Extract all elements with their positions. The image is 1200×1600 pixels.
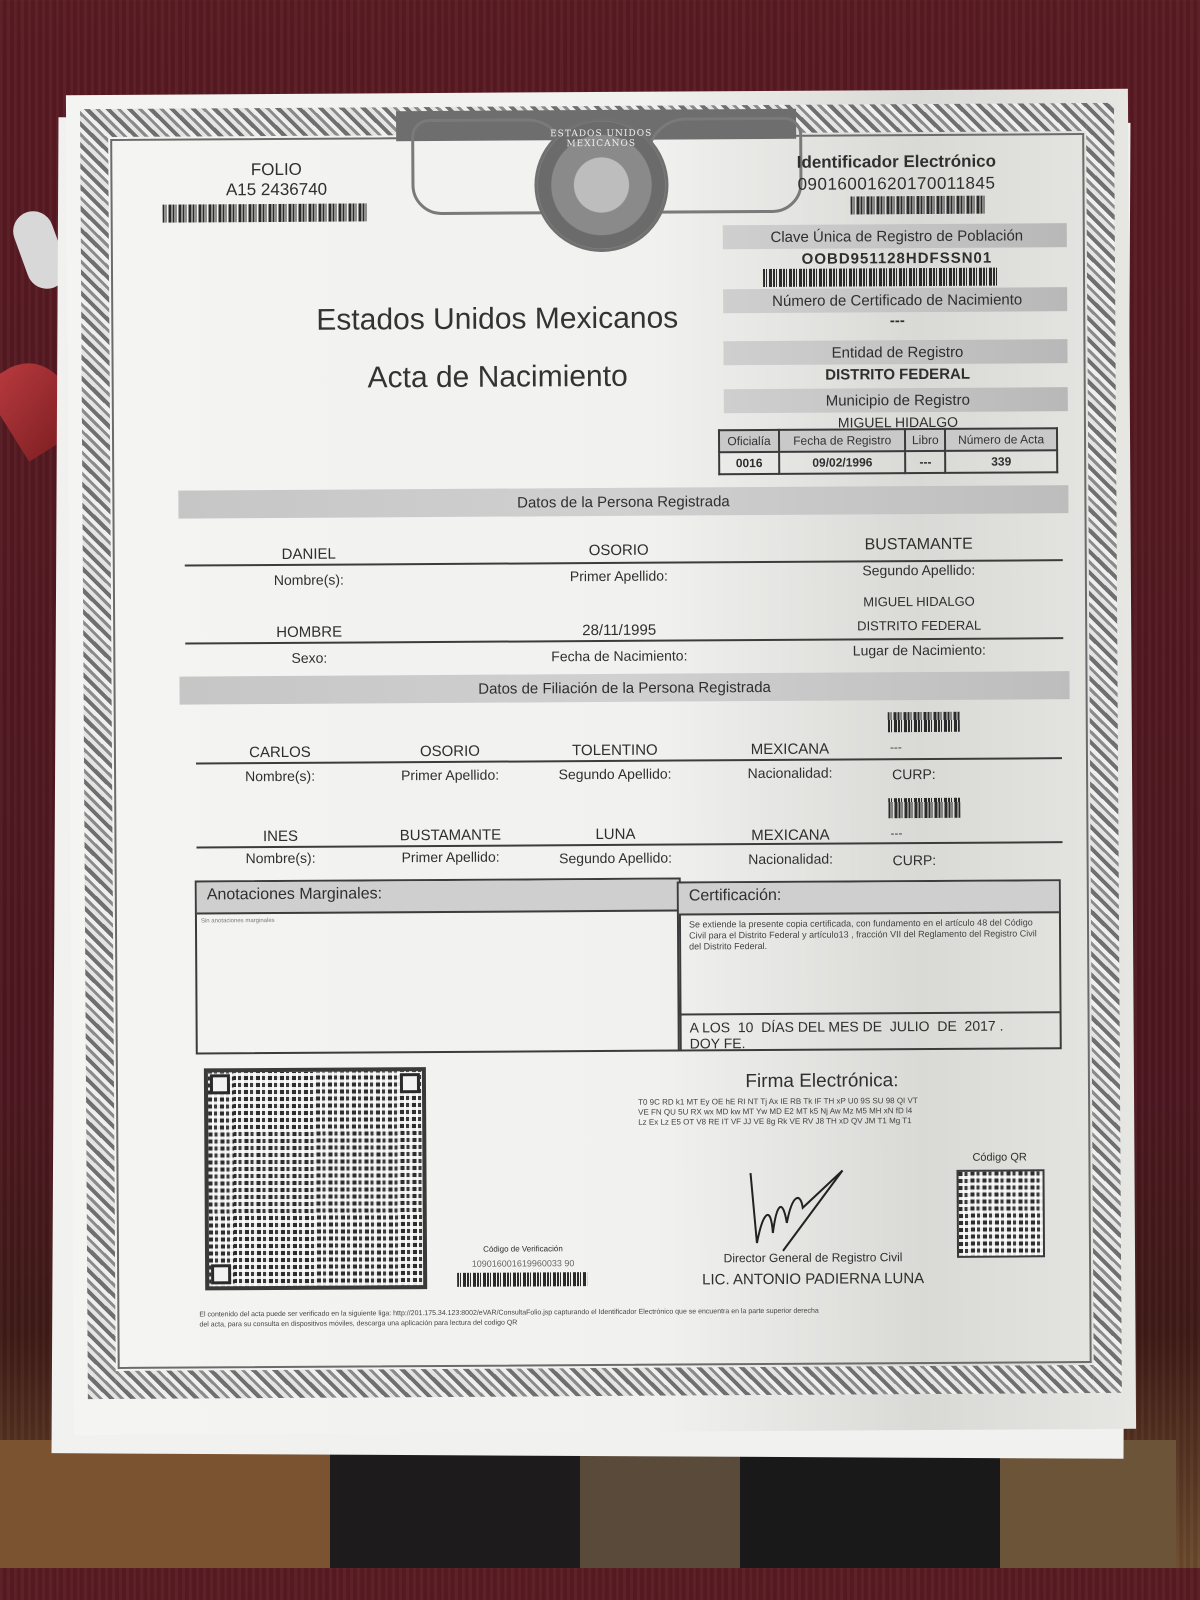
padre-segundo-apellido-label: Segundo Apellido:	[530, 765, 700, 782]
folio-label: FOLIO	[176, 159, 376, 180]
fecha-nacimiento-value: 28/11/1995	[539, 621, 699, 639]
madre-nacionalidad-label: Nacionalidad:	[721, 850, 861, 867]
curp-label: Clave Única de Registro de Población	[727, 227, 1067, 246]
verificacion-barcode	[457, 1272, 587, 1287]
padre-curp-label: CURP:	[892, 766, 952, 782]
director-signature	[742, 1162, 853, 1253]
padre-nacionalidad-label: Nacionalidad:	[720, 764, 860, 781]
qr-finder	[211, 1264, 231, 1284]
padre-primer-apellido: OSORIO	[380, 742, 520, 760]
madre-primer-apellido: BUSTAMANTE	[380, 826, 520, 844]
emblem-text: ESTADOS UNIDOS MEXICANOS	[537, 129, 665, 150]
director-name: LIC. ANTONIO PADIERNA LUNA	[663, 1270, 963, 1289]
padre-nombre: CARLOS	[220, 744, 340, 762]
identificador-barcode	[851, 196, 985, 215]
verificacion-value: 109016001619960033 90	[443, 1258, 603, 1269]
libro-value: ---	[906, 451, 946, 473]
madre-segundo-apellido: LUNA	[540, 825, 690, 843]
certificacion-box: Certificación: Se extiende la presente c…	[677, 879, 1062, 1051]
document-title: Acta de Nacimiento	[288, 359, 708, 396]
madre-curp-barcode	[888, 798, 960, 818]
certificacion-divider	[680, 1011, 1060, 1015]
folio-barcode	[163, 203, 367, 222]
segundo-apellido-value: BUSTAMANTE	[829, 536, 1009, 555]
madre-nombre: INES	[220, 828, 340, 846]
floor-background	[0, 1440, 1176, 1568]
segundo-apellido-label: Segundo Apellido:	[829, 562, 1009, 579]
curp-barcode	[763, 268, 997, 287]
director-title: Director General de Registro Civil	[673, 1250, 953, 1266]
madre-curp-label: CURP:	[893, 852, 953, 868]
identificador-value: 09016001620170011845	[726, 173, 1066, 195]
header-oficialia: Oficialía	[719, 430, 779, 452]
fecha-registro-value: 09/02/1996	[779, 451, 906, 474]
birth-certificate: ESTADOS UNIDOS MEXICANOS FOLIO A15 24367…	[66, 89, 1136, 1435]
nombre-value: DANIEL	[229, 545, 389, 563]
header-numero-acta: Número de Acta	[945, 428, 1057, 451]
curp-value: OOBD951128HDFSSN01	[727, 249, 1067, 268]
municipio-label: Municipio de Registro	[728, 391, 1068, 410]
verificacion-label: Código de Verificación	[443, 1244, 603, 1254]
registro-table: Oficialía Fecha de Registro Libro Número…	[718, 427, 1058, 475]
certificado-label: Número de Certificado de Nacimiento	[727, 291, 1067, 310]
numero-acta-value: 339	[945, 450, 1057, 473]
padre-nacionalidad: MEXICANA	[720, 740, 860, 758]
entidad-label: Entidad de Registro	[727, 343, 1067, 362]
sexo-label: Sexo:	[229, 649, 389, 666]
padre-nombre-label: Nombre(s):	[220, 768, 340, 785]
madre-curp: ---	[890, 826, 950, 840]
madre-primer-apellido-label: Primer Apellido:	[371, 848, 531, 865]
madre-nombre-label: Nombre(s):	[221, 850, 341, 867]
certificado-value: ---	[727, 311, 1067, 330]
national-coat-of-arms-icon: ESTADOS UNIDOS MEXICANOS	[534, 118, 669, 253]
oficialia-value: 0016	[719, 452, 779, 474]
certificacion-text: Se extiende la presente copia certificad…	[689, 917, 1049, 952]
anotaciones-box: Anotaciones Marginales: Sin anotaciones …	[195, 878, 682, 1055]
qr-finder	[210, 1074, 230, 1094]
primer-apellido-label: Primer Apellido:	[539, 567, 699, 584]
country-title: Estados Unidos Mexicanos	[287, 301, 707, 338]
lugar-nacimiento-label: Lugar de Nacimiento:	[819, 641, 1019, 658]
small-qr-code	[956, 1169, 1045, 1258]
fecha-nacimiento-label: Fecha de Nacimiento:	[519, 647, 719, 664]
lugar-nacimiento-line2: DISTRITO FEDERAL	[829, 618, 1009, 634]
qr-finder	[400, 1073, 420, 1093]
certificacion-fecha: A LOS 10 DÍAS DEL MES DE JULIO DE 2017 .	[690, 1018, 1004, 1036]
entidad-value: DISTRITO FEDERAL	[728, 365, 1068, 384]
certificacion-label: Certificación:	[679, 881, 1059, 915]
anotaciones-label: Anotaciones Marginales:	[197, 880, 679, 915]
padre-primer-apellido-label: Primer Apellido:	[370, 766, 530, 783]
primer-apellido-value: OSORIO	[539, 541, 699, 559]
nombre-label: Nombre(s):	[229, 571, 389, 588]
header-fecha-registro: Fecha de Registro	[779, 429, 906, 452]
firma-label: Firma Electrónica:	[672, 1070, 972, 1094]
folio-value: A15 2436740	[176, 179, 376, 200]
padre-segundo-apellido: TOLENTINO	[540, 741, 690, 759]
anotaciones-text: Sin anotaciones marginales	[201, 916, 275, 927]
verification-qr-code	[204, 1067, 427, 1290]
sexo-value: HOMBRE	[229, 623, 389, 641]
padre-curp: ---	[890, 740, 950, 754]
identificador-label: Identificador Electrónico	[726, 151, 1066, 173]
madre-segundo-apellido-label: Segundo Apellido:	[531, 849, 701, 866]
lugar-nacimiento-line1: MIGUEL HIDALGO	[829, 594, 1009, 610]
qr-label: Código QR	[972, 1151, 1026, 1163]
header-libro: Libro	[905, 429, 945, 451]
padre-curp-barcode	[888, 712, 960, 732]
doy-fe: DOY FE.	[690, 1035, 746, 1051]
